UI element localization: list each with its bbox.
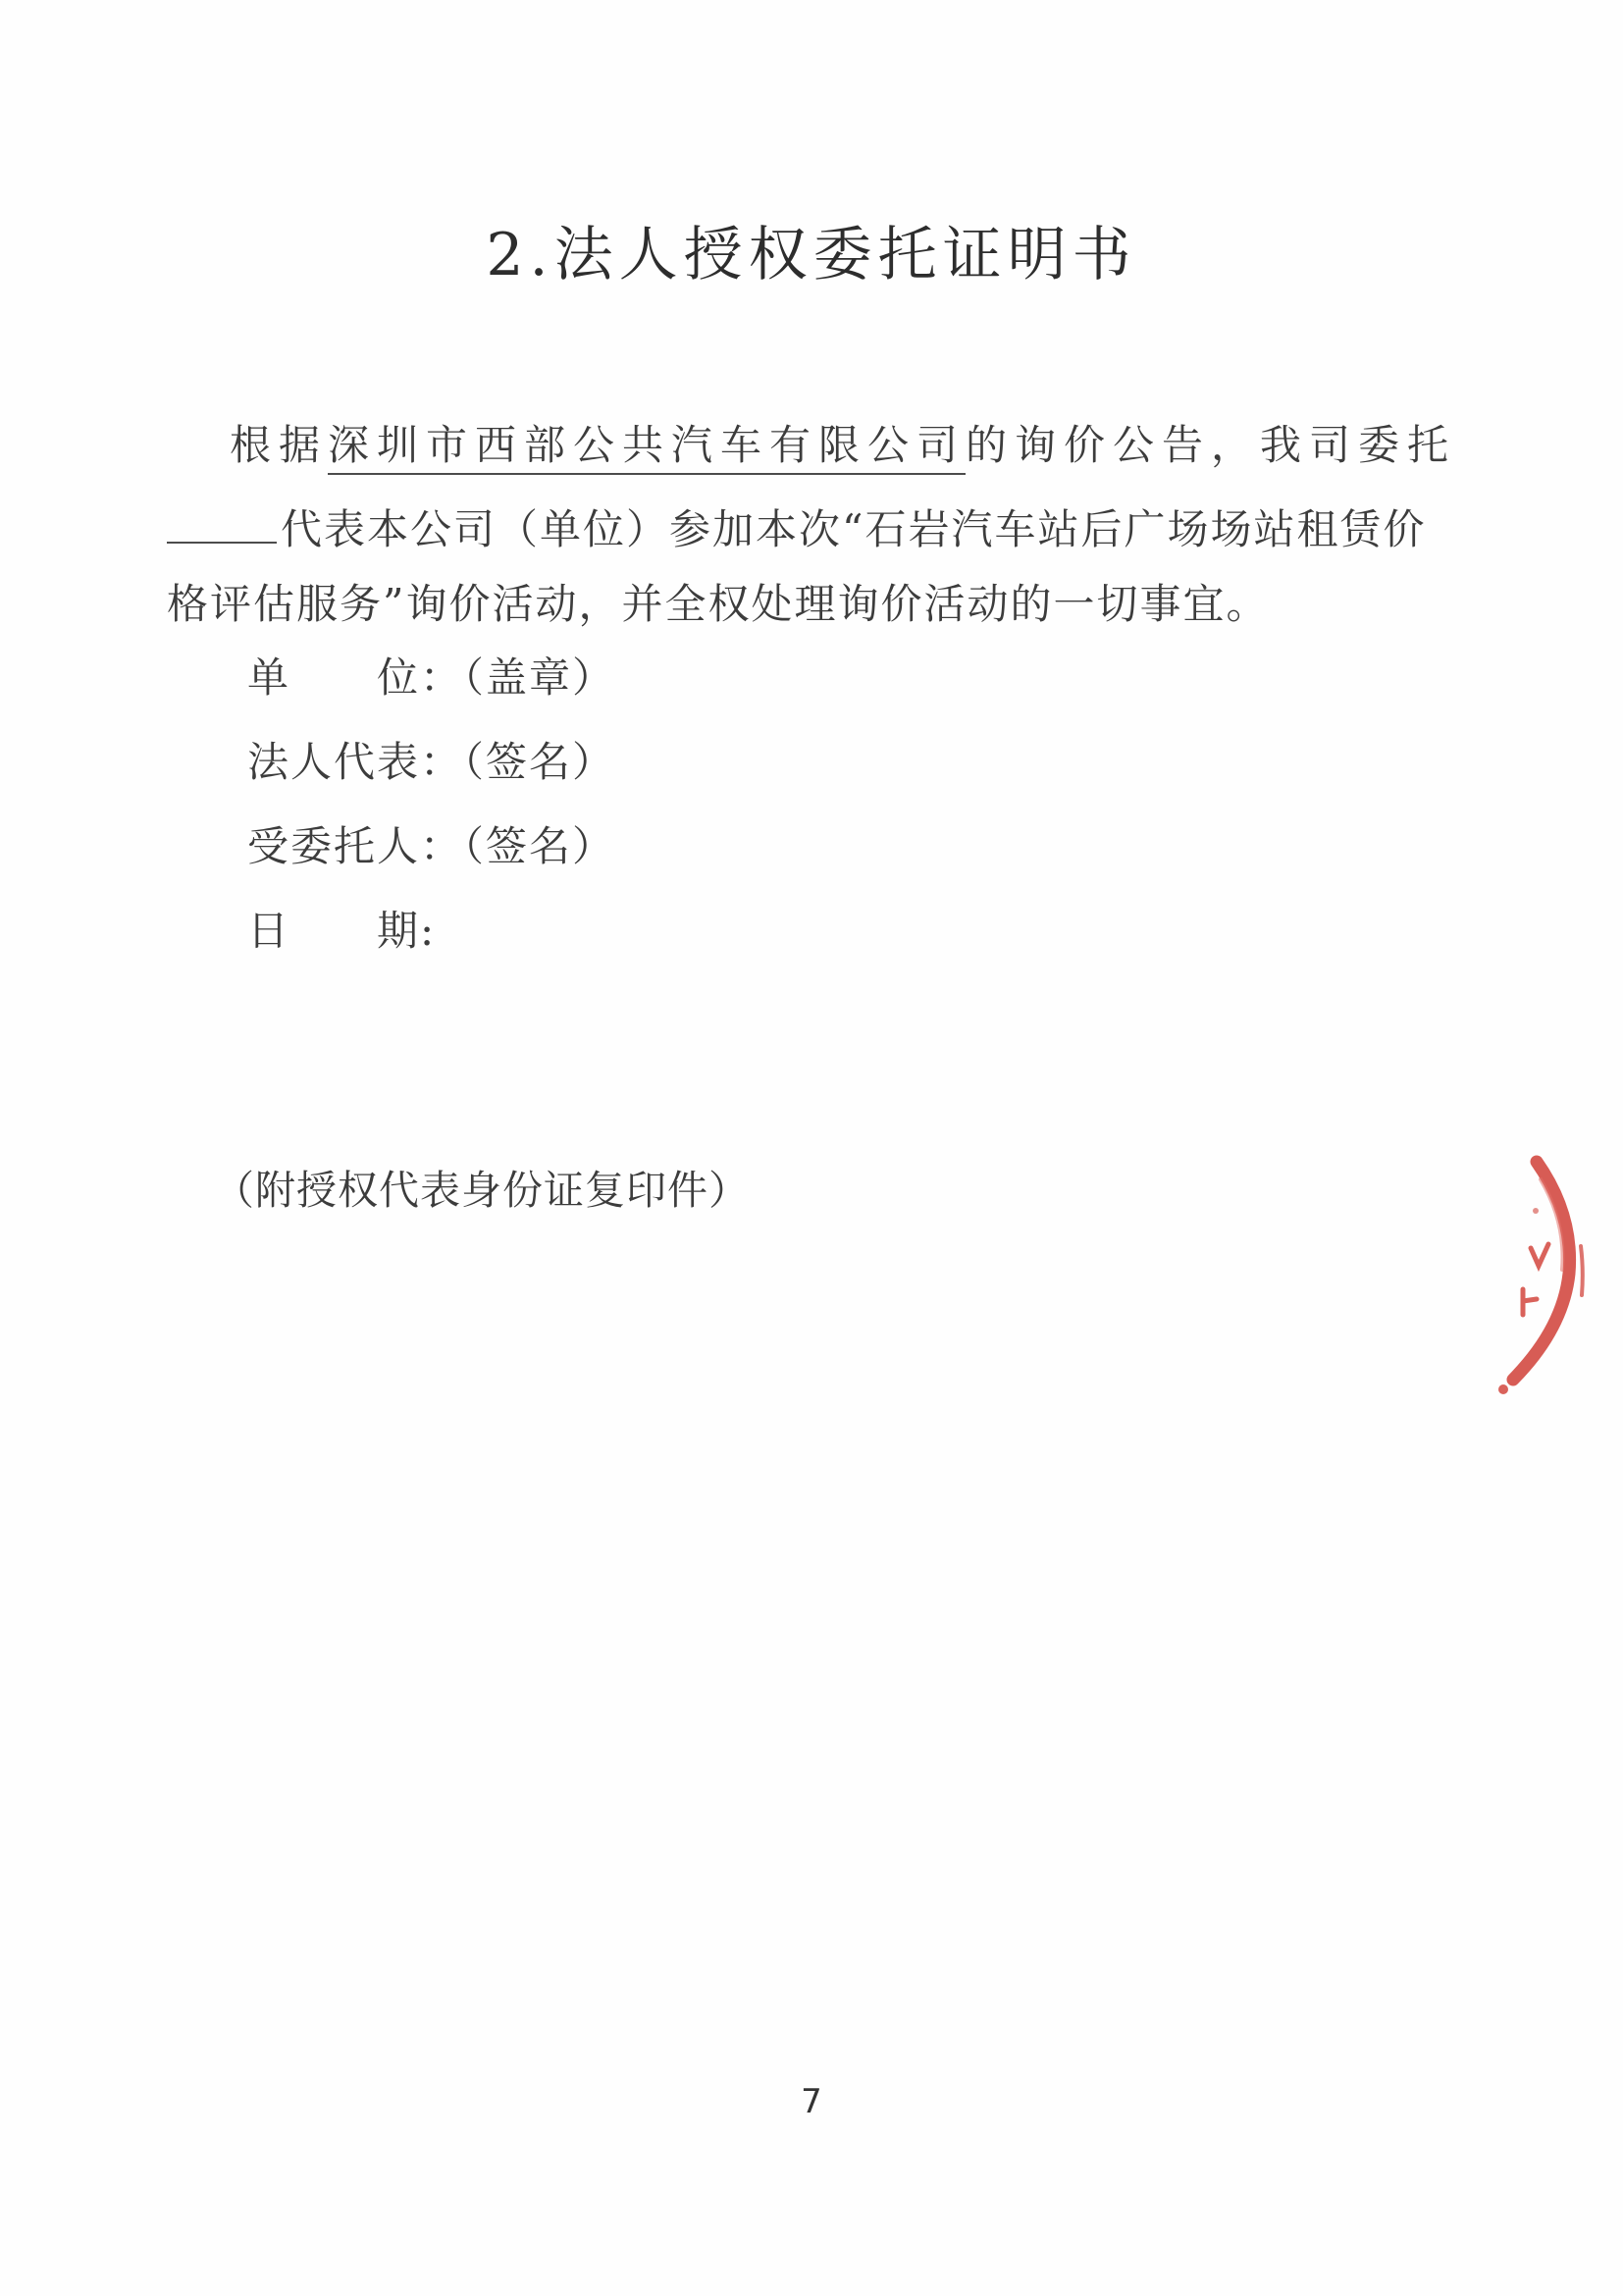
seal-edge-dash bbox=[1581, 1246, 1583, 1295]
attachment-note: （附授权代表身份证复印件） bbox=[214, 1158, 750, 1216]
paragraph-line-2-text: 代表本公司（单位）参加本次“石岩汽车站后广场场站租赁价 bbox=[281, 505, 1426, 553]
field-date: 日 期: bbox=[247, 899, 436, 958]
field-legal-representative-signature: 法人代表：（签名） bbox=[247, 730, 615, 789]
seal-glyph-stroke bbox=[1523, 1289, 1537, 1315]
paragraph-line-2: 代表本公司（单位）参加本次“石岩汽车站后广场场站租赁价 bbox=[167, 500, 1426, 553]
paragraph-line-1-suffix: 的询价公告，我司委托 bbox=[966, 421, 1456, 469]
paragraph-line-1: 根据深圳市西部公共汽车有限公司的询价公告，我司委托 bbox=[230, 422, 1456, 469]
field-unit-seal: 单 位：（盖章） bbox=[247, 646, 615, 704]
seal-ink-dot bbox=[1498, 1384, 1508, 1394]
document-page: 2.法人授权委托证明书 根据深圳市西部公共汽车有限公司的询价公告，我司委托 代表… bbox=[0, 0, 1623, 2296]
red-seal-stamp-fragment bbox=[1480, 1154, 1623, 1405]
seal-arc bbox=[1513, 1162, 1570, 1380]
document-title: 2.法人授权委托证明书 bbox=[0, 208, 1623, 292]
seal-ink-dot-small bbox=[1533, 1208, 1539, 1214]
company-name-underlined: 深圳市西部公共汽车有限公司 bbox=[328, 421, 966, 475]
paragraph-line-3: 格评估服务”询价活动，并全权处理询价活动的一切事宜。 bbox=[167, 581, 1269, 628]
paragraph-line-1-prefix: 根据 bbox=[230, 421, 328, 469]
page-number: 7 bbox=[0, 2082, 1623, 2121]
seal-glyph-v bbox=[1531, 1244, 1548, 1266]
seal-arc-highlight bbox=[1541, 1179, 1563, 1270]
field-entrusted-person-signature: 受委托人：（签名） bbox=[247, 814, 615, 873]
fill-in-blank-underline bbox=[167, 500, 277, 544]
